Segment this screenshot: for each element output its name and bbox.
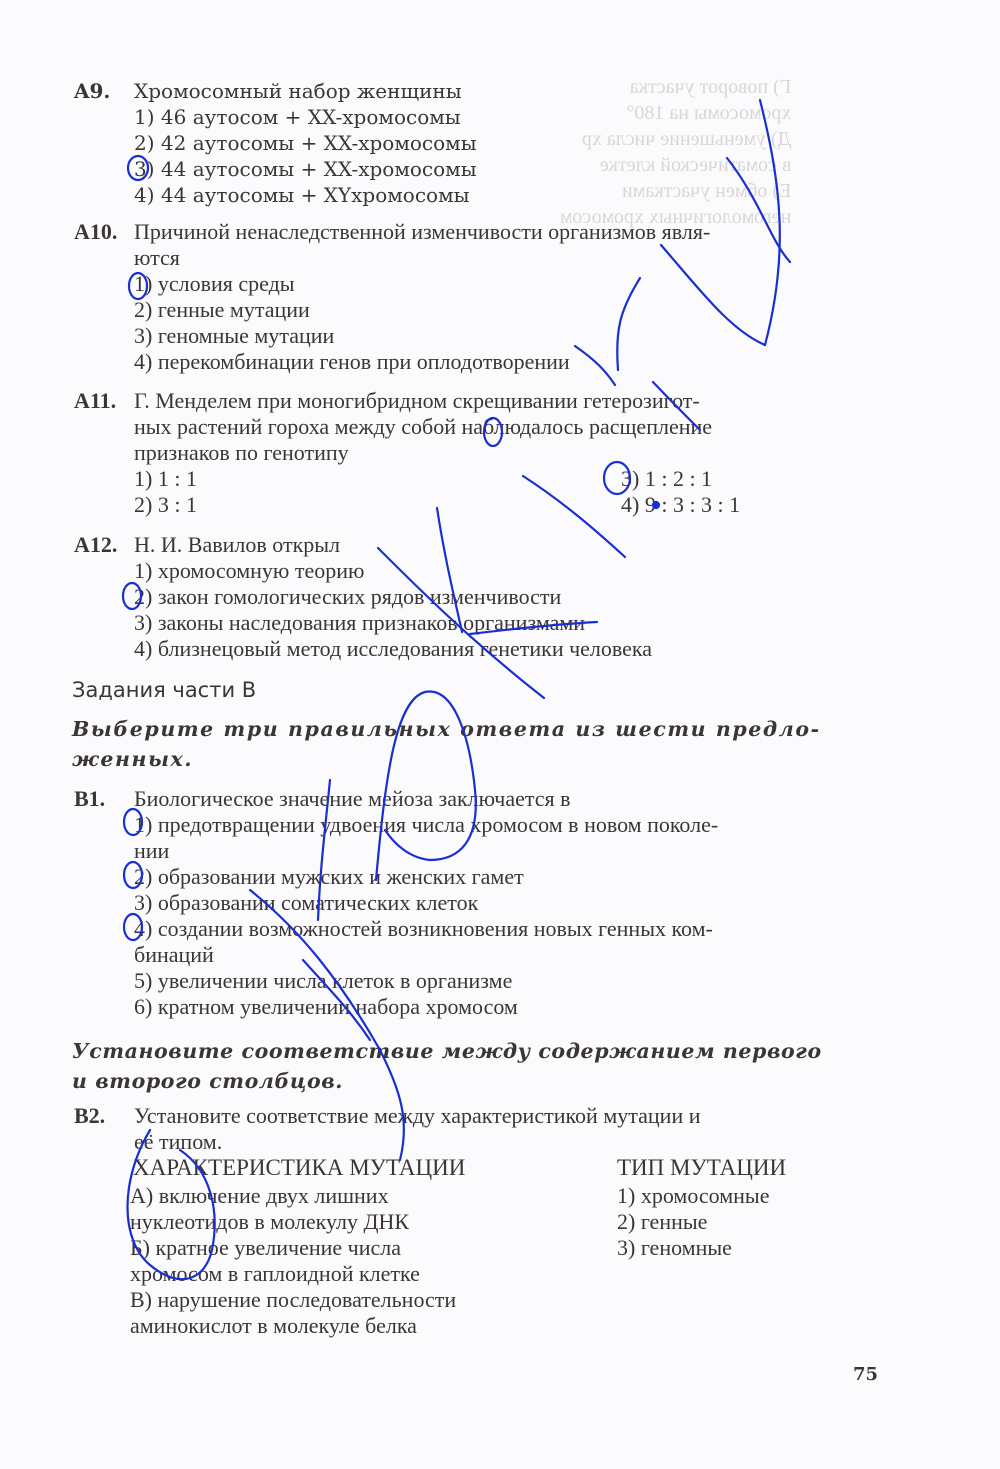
answer-option-4[interactable]: 4) 44 аутосомы + XYхромосомы <box>134 182 470 208</box>
answer-option-4[interactable]: 4) перекомбинации генов при оплодотворен… <box>134 349 570 375</box>
answer-option-1[interactable]: 1) предотвращении удвоения числа хромосо… <box>134 812 718 838</box>
answer-option-4[interactable]: 4) близнецовый метод исследования генети… <box>134 636 652 662</box>
bleed-line: Д) уменьшение числа хр <box>560 126 791 152</box>
answer-option-5[interactable]: 5) увеличении числа клеток в организме <box>134 968 512 994</box>
answer-option-2[interactable]: 2) 42 аутосомы + XX-хромосомы <box>134 130 477 156</box>
answer-option-3[interactable]: 3) 44 аутосомы + XX-хромосомы <box>134 156 477 182</box>
match-item-v[interactable]: В) нарушение последовательности <box>130 1287 456 1313</box>
bleed-line: Е) обмен участками <box>560 178 791 204</box>
pen-stroke-icon <box>661 245 765 345</box>
instruction-line: и второго столбцов. <box>72 1066 882 1096</box>
mutation-type-3[interactable]: 3) геномные <box>617 1235 732 1261</box>
page-number: 75 <box>853 1364 878 1385</box>
bleed-through-text: Г) поворот участка хромосомы на 180° Д) … <box>560 74 791 230</box>
answer-option-2[interactable]: 2) генные мутации <box>134 297 310 323</box>
question-text-cont: признаков по генотипу <box>134 440 349 466</box>
workbook-page: Г) поворот участка хромосомы на 180° Д) … <box>0 0 1000 1469</box>
answer-option-1-cont: нии <box>134 838 169 864</box>
answer-option-1[interactable]: 1) условия среды <box>134 271 295 297</box>
answer-option-3[interactable]: 3) геномные мутации <box>134 323 334 349</box>
match-item-a[interactable]: А) включение двух лишних <box>130 1183 389 1209</box>
answer-option-1[interactable]: 1) 46 аутосом + XX-хромосомы <box>134 104 461 130</box>
question-number: A11. <box>74 388 116 414</box>
match-item-a-cont: нуклеотидов в молекулу ДНК <box>130 1209 409 1235</box>
mutation-type-2[interactable]: 2) генные <box>617 1209 707 1235</box>
answer-option-4[interactable]: 4) создании возможностей возникновения н… <box>134 916 713 942</box>
column-header-mutation-type: ТИП МУТАЦИИ <box>617 1155 786 1181</box>
answer-option-2[interactable]: 2) закон гомологических рядов изменчивос… <box>134 584 561 610</box>
question-number: B1. <box>74 786 105 812</box>
pen-stroke-icon <box>523 476 625 557</box>
question-text-cont: ных растений гороха между собой наблюдал… <box>134 414 712 440</box>
answer-option-3[interactable]: 3) 1 : 2 : 1 <box>621 466 712 492</box>
answer-option-3[interactable]: 3) образовании соматических клеток <box>134 890 478 916</box>
question-number: A9. <box>74 78 110 104</box>
question-text: Хромосомный набор женщины <box>134 78 462 104</box>
bleed-line: хромосомы на 180° <box>560 100 791 126</box>
question-text-cont: ются <box>134 245 180 271</box>
match-item-b[interactable]: Б) кратное увеличение числа <box>130 1235 401 1261</box>
question-text-cont: её типом. <box>134 1129 222 1155</box>
answer-option-1[interactable]: 1) хромосомную теорию <box>134 558 364 584</box>
question-text: Н. И. Вавилов открыл <box>134 532 340 558</box>
instruction-match-columns: Установите соответствие между содержание… <box>72 1036 882 1096</box>
pen-stroke-icon <box>617 278 640 370</box>
section-title: Задания части В <box>72 678 256 702</box>
instruction-line: Выберите три правильных ответа из шести … <box>72 714 882 744</box>
answer-option-4-cont: бинаций <box>134 942 214 968</box>
instruction-line: женных. <box>72 744 882 774</box>
question-text: Г. Менделем при моногибридном скрещивани… <box>134 388 700 414</box>
question-text: Причиной ненаследственной изменчивости о… <box>134 219 710 245</box>
question-number: A12. <box>74 532 117 558</box>
match-item-b-cont: хромосом в гаплоидной клетке <box>130 1261 420 1287</box>
question-number: A10. <box>74 219 117 245</box>
bleed-line: Г) поворот участка <box>560 74 791 100</box>
question-number: B2. <box>74 1103 105 1129</box>
answer-option-1[interactable]: 1) 1 : 1 <box>134 466 197 492</box>
answer-option-3[interactable]: 3) законы наследования признаков организ… <box>134 610 585 636</box>
match-item-v-cont: аминокислот в молекуле белка <box>130 1313 417 1339</box>
instruction-choose-three: Выберите три правильных ответа из шести … <box>72 714 882 774</box>
answer-option-2[interactable]: 2) образовании мужских и женских гамет <box>134 864 524 890</box>
answer-option-2[interactable]: 2) 3 : 1 <box>134 492 197 518</box>
mutation-type-1[interactable]: 1) хромосомные <box>617 1183 769 1209</box>
answer-option-6[interactable]: 6) кратном увеличении набора хромосом <box>134 994 518 1020</box>
column-header-characteristic: ХАРАКТЕРИСТИКА МУТАЦИИ <box>133 1155 465 1181</box>
bleed-line: в соматической клетке <box>560 152 791 178</box>
answer-option-4[interactable]: 4) 9 : 3 : 3 : 1 <box>621 492 740 518</box>
question-text: Установите соответствие между характерис… <box>134 1103 701 1129</box>
pen-stroke-icon <box>575 346 615 385</box>
question-text: Биологическое значение мейоза заключаетс… <box>134 786 571 812</box>
instruction-line: Установите соответствие между содержание… <box>72 1036 882 1066</box>
